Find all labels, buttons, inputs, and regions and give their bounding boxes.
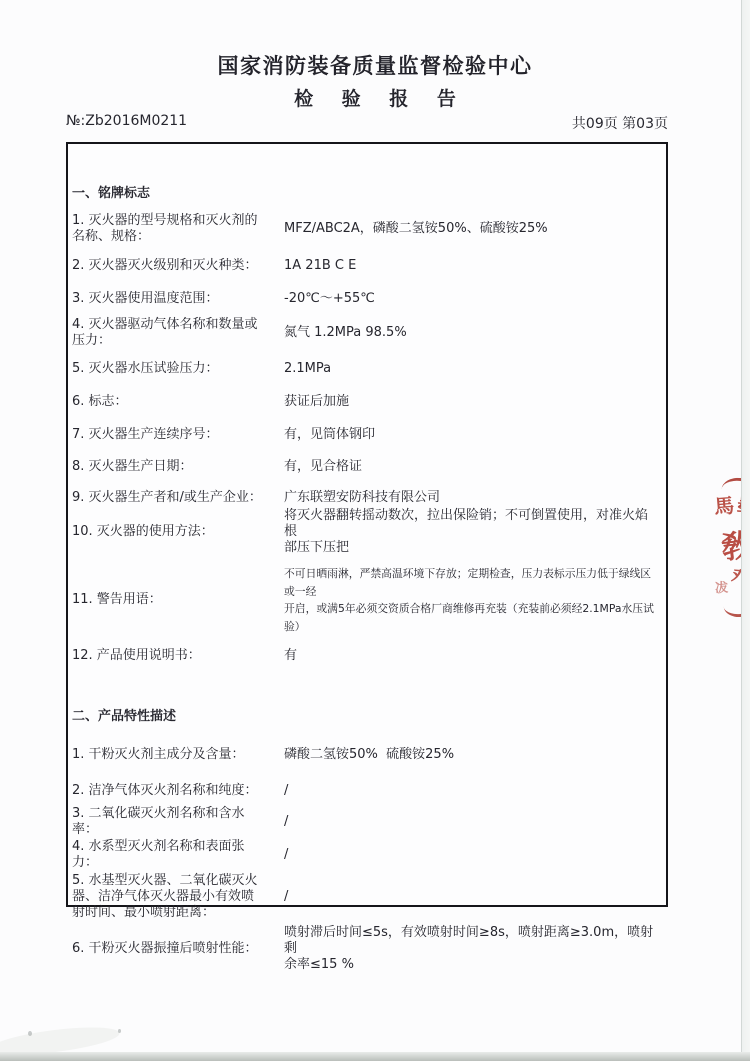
row-label: 6. 标志： <box>72 394 284 410</box>
row-value: 获证后加施 <box>284 394 660 410</box>
row-value: 喷射滞后时间≤5s，有效喷射时间≥8s，喷射距离≥3.0m，喷射剩 余率≤15 … <box>284 925 660 973</box>
seal-glyph: 冹 <box>715 577 729 597</box>
table-row: 10. 灭火器的使用方法： 将灭火器翻转摇动数次，拉出保险销；不可倒置使用，对准… <box>72 508 660 556</box>
row-value: / <box>284 783 660 799</box>
row-value: 1A 21B C E <box>284 258 660 274</box>
row-label: 4. 灭火器驱动气体名称和数量或 压力： <box>72 317 284 349</box>
seal-glyph: 馬 <box>713 489 735 520</box>
table-row: 3. 灭火器使用温度范围： -20℃～+55℃ <box>72 291 660 307</box>
table-row: 6. 干粉灭火器振撞后喷射性能： 喷射滞后时间≤5s，有效喷射时间≥8s，喷射距… <box>72 925 660 973</box>
table-row: 2. 洁净气体灭火剂名称和纯度： / <box>72 783 660 799</box>
section2-title: 二、产品特性描述 <box>72 709 660 725</box>
scan-page-edge-bottom <box>0 1052 750 1061</box>
scanned-report-page: 国家消防装备质量监督检验中心 检 验 报 告 №:Zb2016M0211 共09… <box>0 0 750 1061</box>
table-row: 1. 干粉灭火剂主成分及含量： 磷酸二氢铵50% 硫酸铵25% <box>72 747 660 763</box>
scan-speck <box>118 1029 121 1033</box>
scan-speck <box>28 1031 32 1036</box>
row-value: / <box>284 889 660 905</box>
row-label: 11. 警告用语： <box>72 592 284 608</box>
row-label: 3. 灭火器使用温度范围： <box>72 291 284 307</box>
row-value: 2.1MPa <box>284 361 660 377</box>
row-value: 广东联塑安防科技有限公司 <box>284 490 660 506</box>
row-label: 5. 灭火器水压试验压力： <box>72 361 284 377</box>
row-label: 8. 灭火器生产日期： <box>72 459 284 475</box>
row-value: -20℃～+55℃ <box>284 291 660 307</box>
row-value: MFZ/ABC2A，磷酸二氢铵50%、硫酸铵25% <box>284 221 660 237</box>
table-row: 1. 灭火器的型号规格和灭火剂的 名称、规格： MFZ/ABC2A，磷酸二氢铵5… <box>72 213 660 245</box>
table-row: 7. 灭火器生产连续序号： 有，见筒体钢印 <box>72 427 660 443</box>
row-value: 不可日晒雨淋，严禁高温环境下存放；定期检查，压力表标示压力低于绿线区或一经 开启… <box>284 565 660 635</box>
row-label: 3. 二氧化碳灭火剂名称和含水 率： <box>72 806 284 838</box>
table-row: 4. 水系型灭火剂名称和表面张 力： / <box>72 839 660 871</box>
table-row: 8. 灭火器生产日期： 有，见合格证 <box>72 459 660 475</box>
row-label: 7. 灭火器生产连续序号： <box>72 427 284 443</box>
row-label: 2. 灭火器灭火级别和灭火种类： <box>72 258 284 274</box>
row-label: 10. 灭火器的使用方法： <box>72 524 284 540</box>
row-value: 将灭火器翻转摇动数次，拉出保险销；不可倒置使用，对准火焰根 部压下压把 <box>284 508 660 556</box>
table-row: 5. 水基型灭火器、二氧化碳灭火 器、洁净气体灭火器最小有效喷 射时间、最小喷射… <box>72 873 660 921</box>
report-number: №:Zb2016M0211 <box>66 113 187 133</box>
row-label: 1. 灭火器的型号规格和灭火剂的 名称、规格： <box>72 213 284 245</box>
row-value: 氮气 1.2MPa 98.5% <box>284 325 660 341</box>
table-row: 2. 灭火器灭火级别和灭火种类： 1A 21B C E <box>72 258 660 274</box>
table-row: 12. 产品使用说明书： 有 <box>72 648 660 664</box>
table-row: 6. 标志： 获证后加施 <box>72 394 660 410</box>
row-label: 6. 干粉灭火器振撞后喷射性能： <box>72 941 284 957</box>
report-table: 一、铭牌标志 1. 灭火器的型号规格和灭火剂的 名称、规格： MFZ/ABC2A… <box>66 142 668 907</box>
report-title: 检 验 报 告 <box>0 84 750 111</box>
row-value: 磷酸二氢铵50% 硫酸铵25% <box>284 747 660 763</box>
table-row: 5. 灭火器水压试验压力： 2.1MPa <box>72 361 660 377</box>
row-value: 有 <box>284 648 660 664</box>
scan-page-edge-right <box>741 0 750 1061</box>
meta-row: №:Zb2016M0211 共09页 第03页 <box>66 113 668 133</box>
row-value: 有，见合格证 <box>284 459 660 475</box>
org-title: 国家消防装备质量监督检验中心 <box>0 50 750 80</box>
row-label: 12. 产品使用说明书： <box>72 648 284 664</box>
page-indicator: 共09页 第03页 <box>572 113 668 133</box>
table-row: 4. 灭火器驱动气体名称和数量或 压力： 氮气 1.2MPa 98.5% <box>72 317 660 349</box>
row-label: 2. 洁净气体灭火剂名称和纯度： <box>72 783 284 799</box>
section1-title: 一、铭牌标志 <box>72 186 660 202</box>
table-row: 11. 警告用语： 不可日晒雨淋，严禁高温环境下存放；定期检查，压力表标示压力低… <box>72 565 660 635</box>
row-label: 1. 干粉灭火剂主成分及含量： <box>72 747 284 763</box>
row-value: / <box>284 814 660 830</box>
table-row: 3. 二氧化碳灭火剂名称和含水 率： / <box>72 806 660 838</box>
table-row: 9. 灭火器生产者和/或生产企业： 广东联塑安防科技有限公司 <box>72 490 660 506</box>
row-value: 有，见筒体钢印 <box>284 427 660 443</box>
row-value: / <box>284 847 660 863</box>
row-label: 5. 水基型灭火器、二氧化碳灭火 器、洁净气体灭火器最小有效喷 射时间、最小喷射… <box>72 873 284 921</box>
row-label: 9. 灭火器生产者和/或生产企业： <box>72 490 284 506</box>
row-label: 4. 水系型灭火剂名称和表面张 力： <box>72 839 284 871</box>
